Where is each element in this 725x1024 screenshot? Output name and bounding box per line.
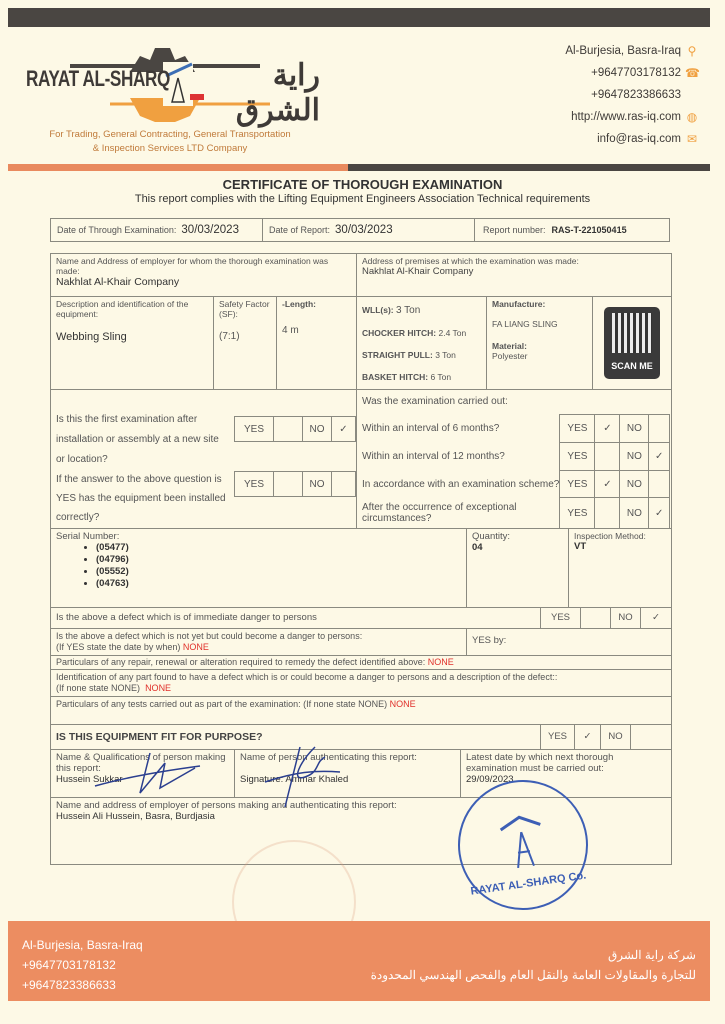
- authenticator-cell: Name of person authenticating this repor…: [235, 750, 461, 797]
- contact-text: +9647703178132: [591, 63, 681, 83]
- manufacture-label-text: Manufacture: [492, 299, 543, 309]
- equipment-desc-value: Webbing Sling: [56, 331, 208, 343]
- identification-sub: (If none state NONE) NONE: [56, 683, 666, 694]
- stamp-text: RAYAT AL-SHARQ Co.: [470, 870, 587, 898]
- future-danger-sub: (If YES state the date by when) NONE: [56, 642, 461, 653]
- report-date-field: Date of Report:30/03/2023: [263, 219, 475, 241]
- header-stripe-dark: [348, 164, 710, 171]
- no-box[interactable]: [649, 415, 669, 443]
- contact-website[interactable]: http://www.ras-iq.com◍: [565, 106, 699, 128]
- choker-value: 2.4 Ton: [439, 328, 467, 338]
- premises-value: Nakhlat Al-Khair Company: [362, 266, 666, 277]
- future-danger-value: NONE: [183, 642, 209, 652]
- quantity-value: 04: [472, 542, 563, 553]
- fit-no-box[interactable]: [631, 725, 671, 749]
- method-value: VT: [574, 541, 666, 552]
- mail-icon: ✉: [685, 132, 699, 146]
- qr-code[interactable]: SCAN ME: [604, 307, 660, 379]
- yes-label: YES: [560, 415, 595, 443]
- interval-question-text: After the occurrence of exceptional circ…: [357, 502, 559, 524]
- contact-phone1: +9647703178132☎: [565, 62, 699, 84]
- basket-label: BASKET HITCH:: [362, 372, 428, 382]
- wll-label: WLL(s):: [362, 305, 394, 315]
- tests-label: Particulars of any tests carried out as …: [56, 699, 387, 709]
- interval-12-yes-no: YESNO✓: [559, 442, 670, 471]
- yes-box-checked[interactable]: ✓: [595, 471, 620, 499]
- footer-contact: Al-Burjesia, Basra-Iraq +9647703178132 +…: [22, 935, 143, 995]
- manufacture-value: FA LIANG SLING: [492, 319, 587, 329]
- certificate-subtitle: This report complies with the Lifting Eq…: [0, 193, 725, 205]
- questions-row: Is this the first examination after inst…: [51, 390, 671, 529]
- serial-cell: Serial Number: (05477)(04796)(05552)(047…: [51, 529, 467, 607]
- equipment-desc-cell: Description and identification of the eq…: [51, 297, 214, 389]
- email-link[interactable]: info@ras-iq.com: [597, 129, 681, 149]
- basket-value: 6 Ton: [430, 372, 451, 382]
- footer-arabic-line1: شركة راية الشرق: [371, 945, 696, 965]
- future-danger-row: Is the above a defect which is not yet b…: [51, 629, 671, 656]
- identification-sub-text: (If none state NONE): [56, 683, 140, 693]
- serial-label: Serial Number:: [56, 531, 461, 542]
- qr-code-icon: [612, 313, 652, 353]
- wll-cell: WLL(s): 3 Ton CHOCKER HITCH: 2.4 Ton STR…: [357, 297, 487, 389]
- interval-scheme-yes-no: YES✓NO: [559, 470, 670, 499]
- next-exam-value: 29/09/2023: [466, 774, 666, 785]
- first-exam-question: Is this the first examination after inst…: [56, 410, 226, 470]
- logo-english: RAYAT AL-SHARQ: [26, 66, 170, 92]
- yes-label: YES: [541, 608, 581, 628]
- tests-cell: Particulars of any tests carried out as …: [51, 697, 671, 724]
- maker-value: Hussein Sukkar: [56, 774, 229, 785]
- interval-6-months: Within an interval of 6 months? YES✓NO: [357, 414, 670, 442]
- header-contact-list: Al-Burjesia, Basra-Iraq⚲ +9647703178132☎…: [565, 40, 699, 150]
- method-label: Inspection Method:: [574, 531, 666, 541]
- phone-icon: ☎: [685, 66, 699, 80]
- footer-phone1: +9647703178132: [22, 955, 143, 975]
- interval-question-text: In accordance with an examination scheme…: [357, 479, 559, 490]
- yes-by-label: YES by:: [467, 629, 671, 655]
- no-label: NO: [620, 443, 649, 471]
- installed-yes-no: YES NO: [234, 471, 356, 497]
- authenticator-value: Signature: Ammar Khaled: [240, 774, 455, 785]
- yes-box-checked[interactable]: ✓: [595, 415, 620, 443]
- stamp-derrick-icon: [489, 808, 557, 876]
- location-pin-icon: ⚲: [685, 44, 699, 58]
- first-exam-yes-no: YES NO ✓: [234, 416, 356, 442]
- serial-item: (05552): [96, 566, 461, 578]
- identification-cell: Identification of any part found to have…: [51, 670, 671, 696]
- identification-row: Identification of any part found to have…: [51, 670, 671, 697]
- wll-value: 3 Ton: [396, 305, 420, 316]
- straight-line: STRAIGHT PULL: 3 Ton: [362, 344, 481, 366]
- fit-yes-box-checked[interactable]: ✓: [575, 725, 601, 749]
- report-number-label: Report number:: [483, 225, 546, 235]
- no-box-checked[interactable]: ✓: [649, 443, 669, 471]
- employer-row: Name and Address of employer for whom th…: [51, 254, 671, 297]
- employer-cell: Name and Address of employer for whom th…: [51, 254, 357, 296]
- authenticator-label: Name of person authenticating this repor…: [240, 752, 455, 763]
- no-label: NO: [303, 417, 332, 441]
- signature-row: Name & Qualifications of person making t…: [51, 750, 671, 798]
- scan-me-label: SCAN ME: [611, 361, 653, 371]
- wll-line: WLL(s): 3 Ton: [362, 299, 481, 322]
- material-label: Material:: [492, 341, 587, 351]
- yes-label: YES: [560, 498, 595, 528]
- tagline-line2: & Inspection Services LTD Company: [20, 142, 320, 156]
- repair-value: NONE: [428, 657, 454, 667]
- tests-row: Particulars of any tests carried out as …: [51, 697, 671, 725]
- serial-item: (05477): [96, 542, 461, 554]
- yes-label: YES: [560, 443, 595, 471]
- contact-address: Al-Burjesia, Basra-Iraq⚲: [565, 40, 699, 62]
- serials-row: Serial Number: (05477)(04796)(05552)(047…: [51, 529, 671, 608]
- serial-item: (04796): [96, 554, 461, 566]
- future-danger-sub-text: (If YES state the date by when): [56, 642, 180, 652]
- length-cell: -Length: 4 m: [277, 297, 357, 389]
- contact-text: Al-Burjesia, Basra-Iraq: [565, 41, 681, 61]
- repair-label: Particulars of any repair, renewal or al…: [56, 657, 425, 667]
- questions-left: Is this the first examination after inst…: [51, 390, 357, 528]
- header-top-bar: [8, 8, 710, 27]
- examination-form: Name and Address of employer for whom th…: [50, 253, 672, 865]
- manufacture-label: Manufacture:: [492, 299, 587, 309]
- installed-correctly-question: If the answer to the above question is Y…: [56, 470, 231, 527]
- safety-factor-label: Safety Factor (SF):: [219, 299, 271, 319]
- length-label: -Length:: [282, 299, 351, 309]
- straight-value: 3 Ton: [435, 350, 456, 360]
- interval-heading: Was the examination carried out:: [362, 396, 508, 407]
- spacer: [685, 88, 699, 102]
- no-label: NO: [620, 471, 649, 499]
- first-exam-yes-box[interactable]: [274, 417, 303, 441]
- website-link[interactable]: http://www.ras-iq.com: [571, 107, 681, 127]
- quantity-cell: Quantity: 04: [467, 529, 569, 607]
- header-stripe-orange: [8, 164, 348, 171]
- interval-list: Within an interval of 6 months? YES✓NO W…: [357, 414, 670, 528]
- logo-arabic: راية الشرق: [210, 58, 320, 128]
- employer-value: Nakhlat Al-Khair Company: [56, 276, 351, 288]
- safety-factor-cell: Safety Factor (SF): (7:1): [214, 297, 277, 389]
- choker-line: CHOCKER HITCH: 2.4 Ton: [362, 322, 481, 344]
- material-label-text: Material: [492, 341, 524, 351]
- identification-label: Identification of any part found to have…: [56, 672, 666, 683]
- yes-label: YES: [235, 417, 274, 441]
- report-date-label: Date of Report:: [269, 225, 330, 235]
- installed-no-box[interactable]: [332, 472, 355, 496]
- interval-exceptional: After the occurrence of exceptional circ…: [357, 498, 670, 528]
- footer-arabic: شركة راية الشرق للتجارة والمقاولات العام…: [371, 945, 696, 985]
- installed-yes-box[interactable]: [274, 472, 303, 496]
- basket-line: BASKET HITCH: 6 Ton: [362, 366, 481, 388]
- equipment-row: Description and identification of the eq…: [51, 297, 671, 390]
- length-value: 4 m: [282, 325, 351, 336]
- report-number-field: Report number:RAS-T-221050415: [475, 219, 669, 241]
- company-tagline: For Trading, General Contracting, Genera…: [20, 128, 320, 156]
- first-exam-no-box-checked[interactable]: ✓: [332, 417, 355, 441]
- no-label: NO: [303, 472, 332, 496]
- immediate-yes-box[interactable]: [581, 608, 611, 628]
- no-box-checked[interactable]: ✓: [649, 498, 669, 528]
- straight-label: STRAIGHT PULL:: [362, 350, 433, 360]
- equipment-desc-label: Description and identification of the eq…: [56, 299, 208, 319]
- interval-question-text: Within an interval of 6 months?: [357, 423, 559, 434]
- repair-row: Particulars of any repair, renewal or al…: [51, 656, 671, 670]
- maker-cell: Name & Qualifications of person making t…: [51, 750, 235, 797]
- premises-label: Address of premises at which the examina…: [362, 256, 666, 266]
- fit-for-purpose-row: IS THIS EQUIPMENT FIT FOR PURPOSE? YES ✓…: [51, 725, 671, 750]
- interval-scheme: In accordance with an examination scheme…: [357, 470, 670, 498]
- future-danger-label: Is the above a defect which is not yet b…: [56, 631, 461, 642]
- interval-12-months: Within an interval of 12 months? YESNO✓: [357, 442, 670, 470]
- contact-email[interactable]: info@ras-iq.com✉: [565, 128, 699, 150]
- material-value: Polyester: [492, 351, 587, 361]
- manufacture-cell: Manufacture: FA LIANG SLING Material: Po…: [487, 297, 593, 389]
- method-cell: Inspection Method: VT: [569, 529, 671, 607]
- contact-phone2: +9647823386633: [565, 84, 699, 106]
- qr-cell: SCAN ME: [593, 297, 671, 389]
- yes-label: YES: [541, 725, 575, 749]
- quantity-label: Quantity:: [472, 531, 563, 542]
- date-bar: Date of Through Examination:30/03/2023 D…: [50, 218, 670, 242]
- exam-date-field: Date of Through Examination:30/03/2023: [51, 219, 263, 241]
- yes-label: YES: [235, 472, 274, 496]
- contact-text: +9647823386633: [591, 85, 681, 105]
- footer-arabic-line2: للتجارة والمقاولات العامة والنقل العام و…: [371, 965, 696, 985]
- tagline-line1: For Trading, General Contracting, Genera…: [20, 128, 320, 142]
- no-label: NO: [601, 725, 631, 749]
- no-label: NO: [611, 608, 641, 628]
- footer-address: Al-Burjesia, Basra-Iraq: [22, 935, 143, 955]
- no-box[interactable]: [649, 471, 669, 499]
- immediate-no-box-checked[interactable]: ✓: [641, 608, 671, 628]
- identification-value: NONE: [145, 683, 171, 693]
- repair-cell: Particulars of any repair, renewal or al…: [51, 656, 671, 669]
- serial-item: (04763): [96, 578, 461, 590]
- interval-question-text: Within an interval of 12 months?: [357, 451, 559, 462]
- immediate-danger-label: Is the above a defect which is of immedi…: [51, 608, 541, 628]
- interval-6-yes-no: YES✓NO: [559, 414, 670, 443]
- footer-phone2: +9647823386633: [22, 975, 143, 995]
- exam-date-label: Date of Through Examination:: [57, 225, 176, 235]
- report-date-value: 30/03/2023: [335, 224, 393, 236]
- immediate-danger-row: Is the above a defect which is of immedi…: [51, 608, 671, 629]
- globe-icon: ◍: [685, 110, 699, 124]
- report-number-value: RAS-T-221050415: [552, 225, 627, 235]
- questions-right: Was the examination carried out: Within …: [357, 390, 671, 528]
- employer-label: Name and Address of employer for whom th…: [56, 256, 351, 276]
- choker-label: CHOCKER HITCH:: [362, 328, 436, 338]
- company-logo: RAYAT AL-SHARQ راية الشرق: [20, 36, 320, 126]
- certificate-title: CERTIFICATE OF THOROUGH EXAMINATION: [0, 177, 725, 192]
- tests-value: NONE: [390, 699, 416, 709]
- yes-box[interactable]: [595, 498, 620, 528]
- no-label: NO: [620, 498, 649, 528]
- fit-for-purpose-label: IS THIS EQUIPMENT FIT FOR PURPOSE?: [51, 725, 541, 749]
- safety-factor-value: (7:1): [219, 331, 271, 342]
- no-label: NO: [620, 415, 649, 443]
- yes-box[interactable]: [595, 443, 620, 471]
- maker-label: Name & Qualifications of person making t…: [56, 752, 229, 774]
- exam-date-value: 30/03/2023: [181, 224, 239, 236]
- serial-list: (05477)(04796)(05552)(04763): [56, 542, 461, 590]
- interval-exceptional-yes-no: YESNO✓: [559, 497, 670, 529]
- footer-bar: Al-Burjesia, Basra-Iraq +9647703178132 +…: [8, 921, 710, 1001]
- future-danger-cell: Is the above a defect which is not yet b…: [51, 629, 467, 655]
- premises-cell: Address of premises at which the examina…: [357, 254, 671, 296]
- yes-label: YES: [560, 471, 595, 499]
- next-exam-label: Latest date by which next thorough exami…: [466, 752, 666, 774]
